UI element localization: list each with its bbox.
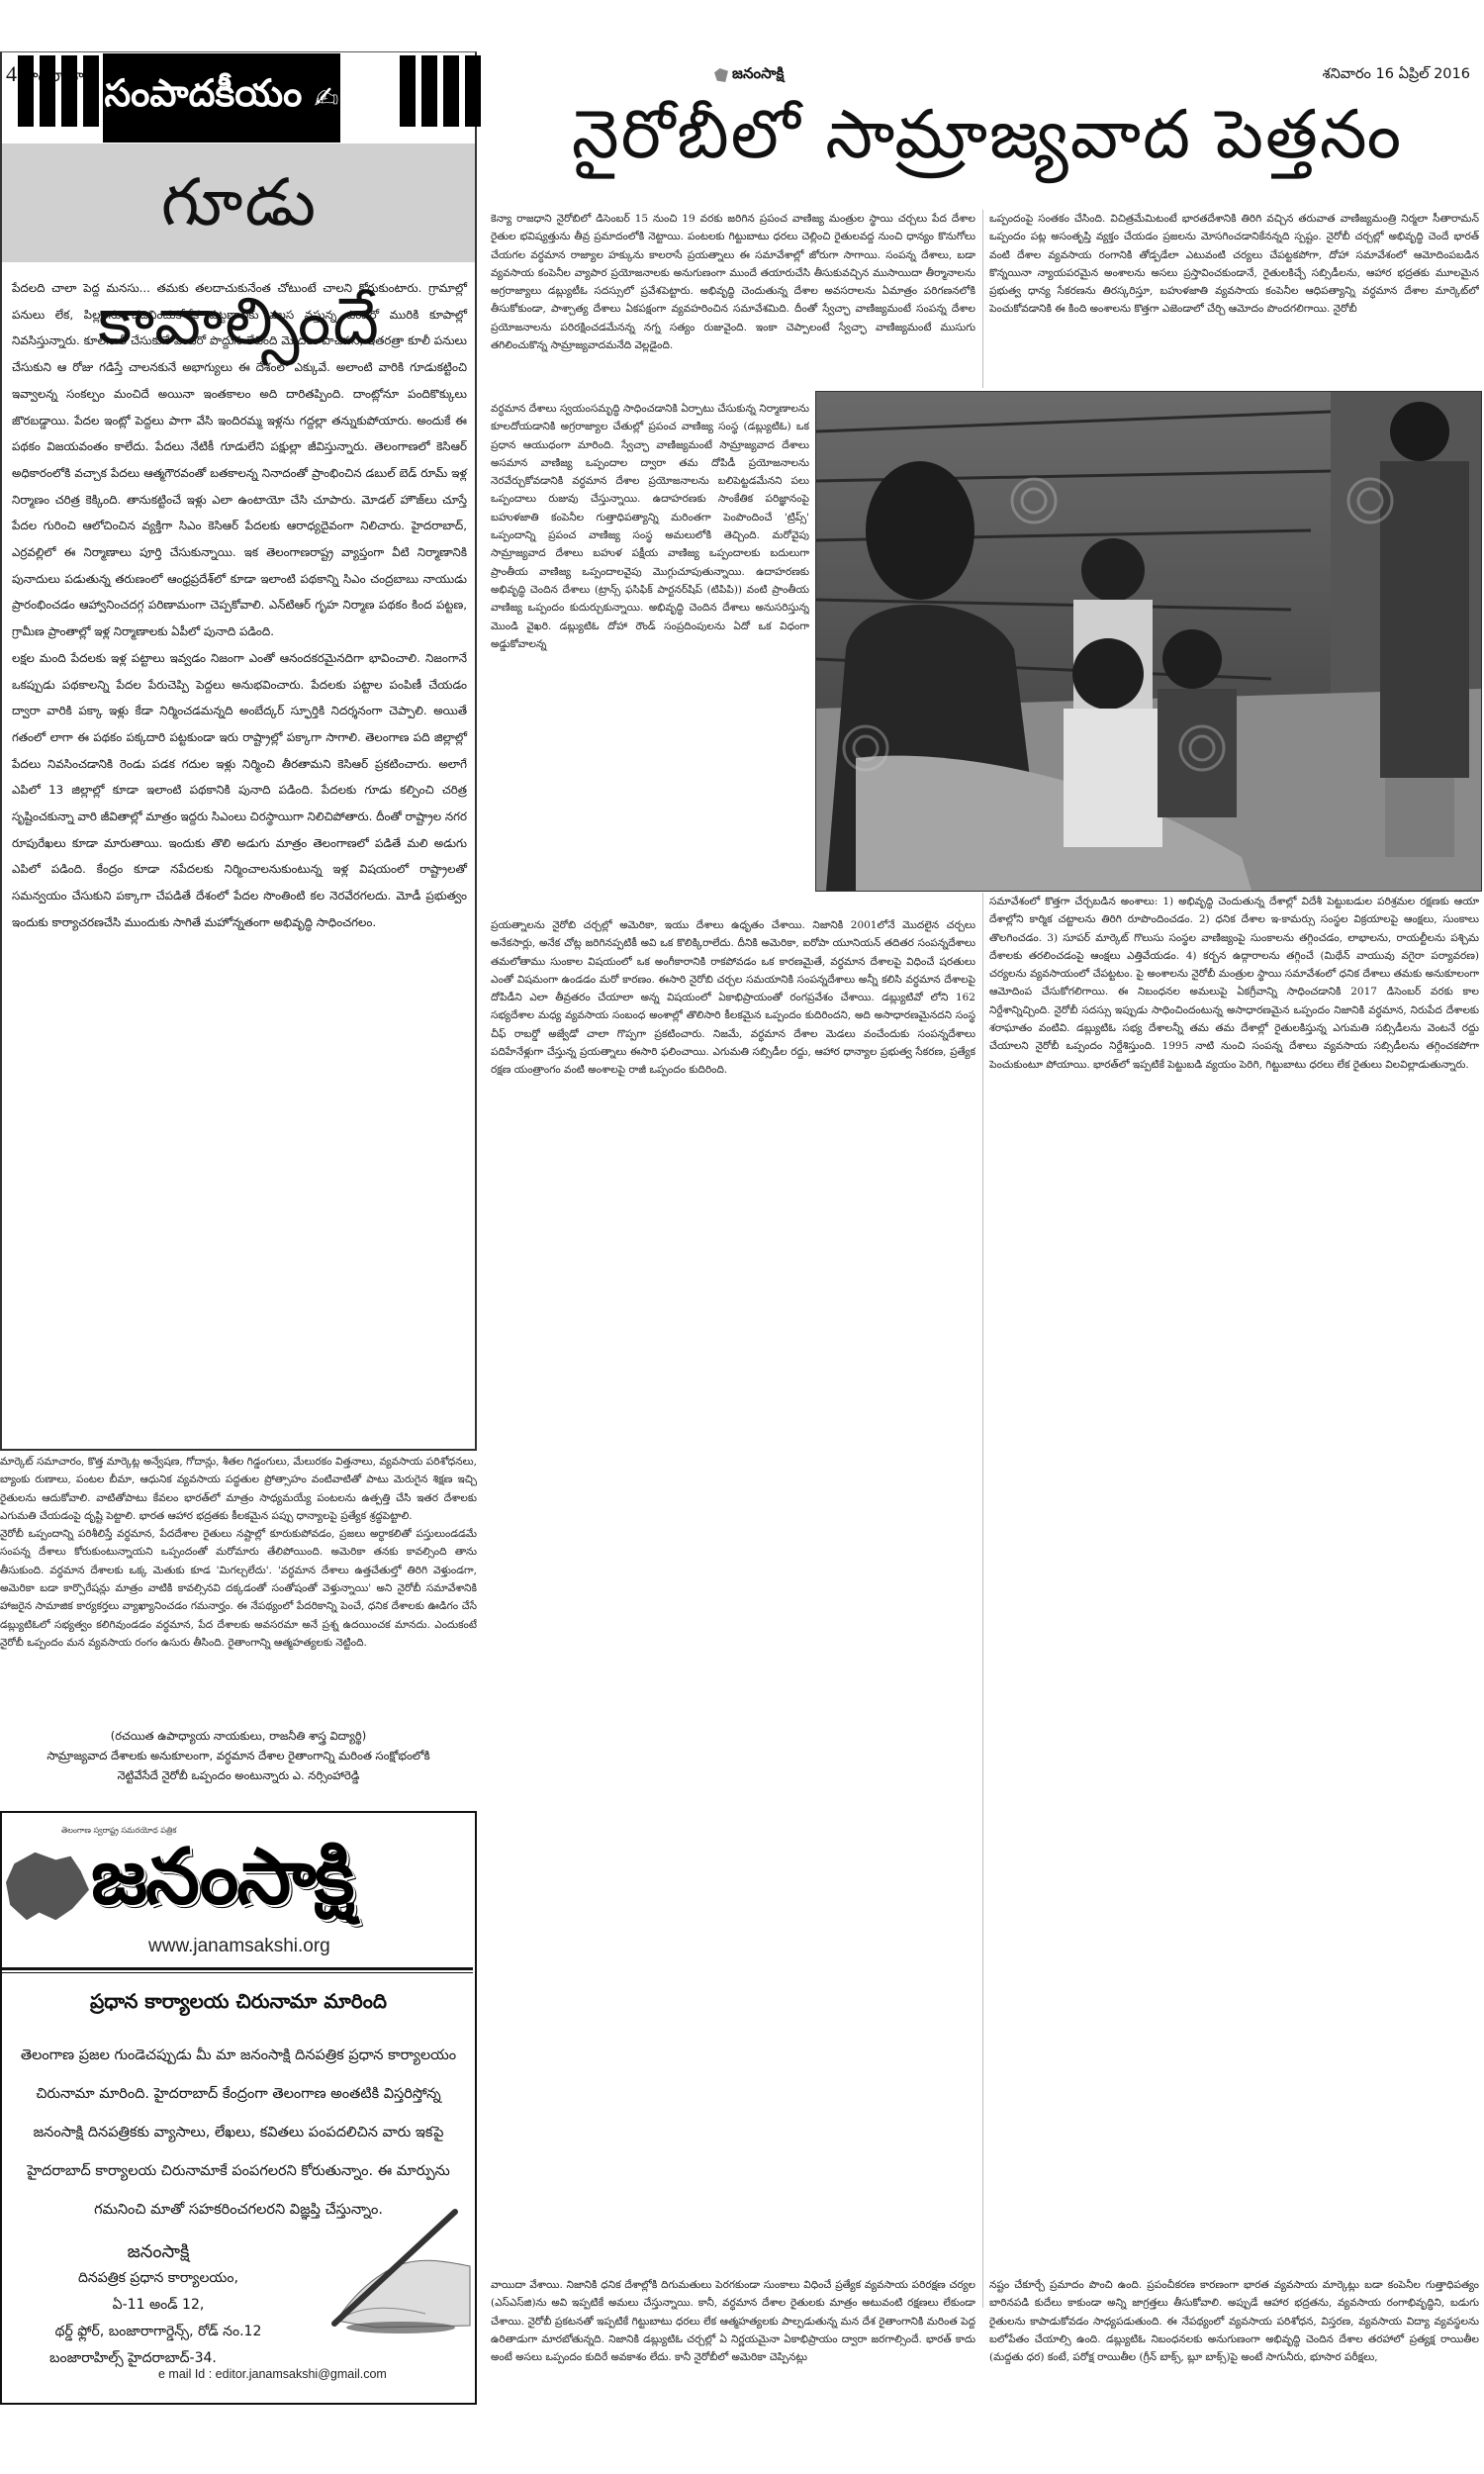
- divider: [2, 1967, 473, 1970]
- banner-bars-left: [18, 55, 99, 127]
- contact-email[interactable]: e mail Id : editor.janamsakshi@gmail.com: [158, 2367, 387, 2381]
- address-line: దినపత్రిక ప్రధాన కార్యాలయం,: [10, 2265, 307, 2292]
- notice-heading: ప్రధాన కార్యాలయ చిరునామా మారింది: [0, 1989, 477, 2018]
- editorial-section-label: సంపాదకీయం ✍: [103, 53, 340, 143]
- notice-line: హైదరాబాద్ కార్యాలయ చిరునామాకే పంపగలరని క…: [8, 2152, 469, 2191]
- author-byline: (రచయిత ఉపాధ్యాయ నాయకులు, రాజనీతి శాస్త్ర…: [0, 1726, 477, 1785]
- notice-line: తెలంగాణ ప్రజల గుండెచప్పుడు మీ మా జనంసాక్…: [8, 2037, 469, 2075]
- article-summary-line: సామ్రాజ్యవాద దేశాలకు అనుకూలంగా, వర్ధమాన …: [0, 1746, 477, 1765]
- banner-bars-right: [400, 55, 481, 127]
- article-paragraph: సమావేశంలో కొత్తగా చేర్చబడిన అంశాలు: 1) అ…: [989, 893, 1479, 1074]
- editorial-title-band: గూడు కావాల్సిందే: [2, 143, 475, 262]
- notice-line: జనంసాక్షి దినపత్రికకు వ్యాసాలు, లేఖలు, క…: [8, 2114, 469, 2152]
- article-photo: [815, 391, 1482, 892]
- notice-line: చిరునామా మారింది. హైదరాబాద్ కేంద్రంగా తె…: [8, 2075, 469, 2114]
- article-headline: నైరోబీలో సామ్రాజ్యవాద పెత్తనం: [491, 81, 1484, 190]
- editorial-body: పేదలది చాలా పెద్ద మనసు... తమకు తలదాచుకున…: [12, 275, 467, 936]
- notice-body: తెలంగాణ ప్రజల గుండెచప్పుడు మీ మా జనంసాక్…: [8, 2037, 469, 2230]
- editorial-label-text: సంపాదకీయం: [104, 71, 302, 125]
- pen-writing-icon: ✍: [314, 81, 338, 116]
- hand-writing-icon: [307, 2207, 475, 2335]
- editorial-paragraph: పేదలది చాలా పెద్ద మనసు... తమకు తలదాచుకున…: [12, 275, 467, 645]
- address-line: ఏ-11 అండ్ 12,: [10, 2292, 307, 2319]
- telangana-map-icon: [714, 68, 728, 82]
- article-column-b-top: ఒప్పందంపై సంతకం చేసింది. విచిత్రమేమిటంటే…: [989, 210, 1479, 388]
- editorial-banner: సంపాదకీయం ✍: [0, 53, 477, 143]
- article-column-a-bottom: ప్రయత్నాలను నైరోబి చర్చల్లో అమెరికా, ఇయు…: [491, 916, 975, 2282]
- editorial-paragraph: లక్షల మంది పేదలకు ఇళ్ల పట్టాలు ఇవ్వడం ని…: [12, 645, 467, 936]
- article-paragraph: మార్కెట్ సమాచారం, కొత్త మార్కెట్ల అన్వేష…: [0, 1453, 477, 1525]
- article-column-b-end: నష్టం చేకూర్చే ప్రమాదం పొంచి ఉంది. ప్రపం…: [989, 2276, 1479, 2366]
- divider: [2, 1972, 473, 1973]
- column-divider: [982, 893, 983, 2308]
- article-paragraph: ప్రయత్నాలను నైరోబి చర్చల్లో అమెరికా, ఇయు…: [491, 916, 975, 1080]
- editorial-title: గూడు కావాల్సిందే: [12, 143, 467, 262]
- article-column-a-end: వాయిదా వేశాయి. నిజానికి ధనిక దేశాల్లోకి …: [491, 2276, 975, 2366]
- author-note: (రచయిత ఉపాధ్యాయ నాయకులు, రాజనీతి శాస్త్ర…: [0, 1726, 477, 1746]
- article-paragraph: నైరోబీ ఒప్పందాన్ని పరిశీలిస్తే వర్ధమాన, …: [0, 1525, 477, 1652]
- office-address: జనంసాక్షి దినపత్రిక ప్రధాన కార్యాలయం, ఏ-…: [10, 2238, 307, 2372]
- address-org: జనంసాక్షి: [10, 2238, 307, 2265]
- article-column-a-top: కెన్యా రాజధాని నైరోబిలో డిసెంబర్ 15 నుంచ…: [491, 210, 975, 398]
- article-column-b-bottom: సమావేశంలో కొత్తగా చేర్చబడిన అంశాలు: 1) అ…: [989, 893, 1479, 2199]
- website-link[interactable]: www.janamsakshi.org: [148, 1936, 330, 1957]
- article-summary-line: నెట్టివేసేదే నైరోబీ ఒప్పందం అంటున్నారు ఎ…: [0, 1765, 477, 1785]
- article-continuation-left: మార్కెట్ సమాచారం, కొత్త మార్కెట్ల అన్వేష…: [0, 1453, 477, 1652]
- article-column-a-mid: వర్ధమాన దేశాలు స్వయంసమృద్ధి సాధించడానికి…: [491, 400, 809, 895]
- masthead-logo: జనంసాక్షి: [91, 1833, 352, 1941]
- address-line: థర్డ్ ఫ్లోర్, బంజారాగార్డెన్స్, రోడ్ నం.…: [10, 2319, 307, 2345]
- column-divider: [982, 210, 983, 388]
- photo-illustration: [816, 392, 1481, 891]
